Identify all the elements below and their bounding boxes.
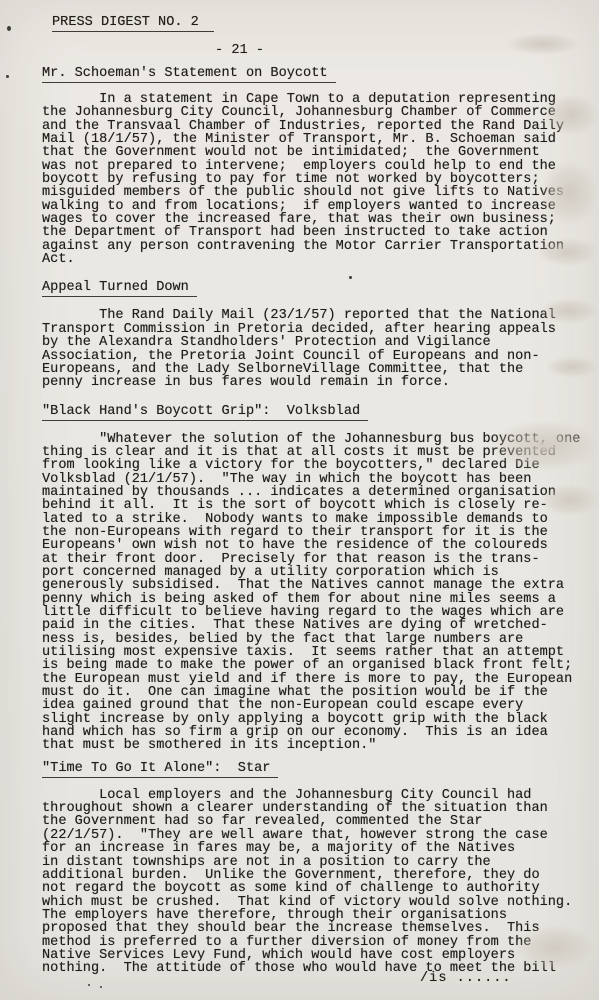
section-heading: Appeal Turned Down	[42, 281, 599, 297]
document-page: PRESS DIGEST NO. 2 - 21 - Mr. Schoeman's…	[0, 0, 599, 1000]
document-header: PRESS DIGEST NO. 2	[0, 0, 599, 32]
ink-speck	[6, 75, 9, 78]
ink-speck	[88, 984, 90, 986]
section-heading-text: Mr. Schoeman's Statement on Boycott	[42, 67, 336, 83]
section-time-to-go-it-alone: "Time To Go It Alone": Star Local employ…	[0, 762, 599, 976]
paragraph: The Rand Daily Mail (23/1/57) reported t…	[42, 309, 599, 389]
section-heading-text: "Time To Go It Alone": Star	[42, 762, 278, 778]
ink-speck	[349, 276, 352, 279]
section-black-hand-boycott-grip: "Black Hand's Boycott Grip": Volksblad "…	[0, 405, 599, 753]
ink-speck	[7, 26, 11, 31]
paragraph: "Whatever the solution of the Johannesbu…	[42, 433, 599, 753]
section-appeal-turned-down: Appeal Turned Down The Rand Daily Mail (…	[0, 281, 599, 389]
paragraph: In a statement in Cape Town to a deputat…	[42, 93, 599, 266]
section-heading-text: Appeal Turned Down	[42, 281, 197, 297]
continuation-mark: /is ......	[420, 971, 512, 986]
section-heading: "Black Hand's Boycott Grip": Volksblad	[42, 405, 599, 421]
section-heading: "Time To Go It Alone": Star	[42, 762, 599, 778]
section-heading: Mr. Schoeman's Statement on Boycott	[42, 67, 599, 83]
ink-speck	[100, 986, 102, 988]
paragraph: Local employers and the Johannesburg Cit…	[42, 789, 599, 976]
section-heading-text: "Black Hand's Boycott Grip": Volksblad	[42, 405, 368, 421]
document-title: PRESS DIGEST NO. 2	[52, 16, 214, 32]
page-number: - 21 -	[215, 44, 599, 58]
section-schoeman-statement: Mr. Schoeman's Statement on Boycott In a…	[0, 67, 599, 266]
